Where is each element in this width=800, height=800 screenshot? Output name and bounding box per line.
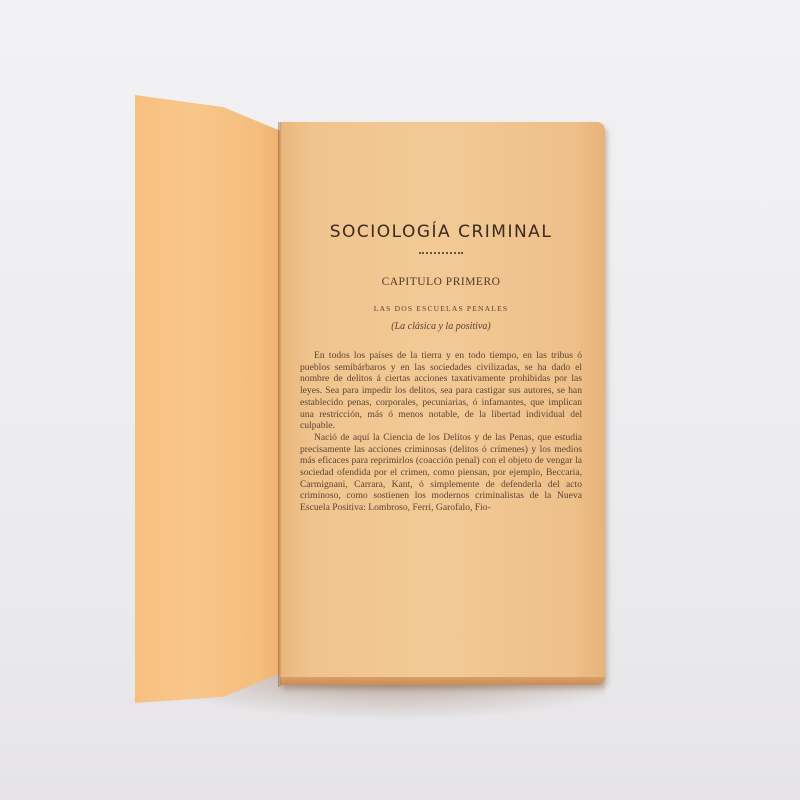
chapter-heading: CAPITULO PRIMERO <box>300 276 582 288</box>
section-heading: LAS DOS ESCUELAS PENALES <box>300 304 582 313</box>
paragraph-1: En todos los países de la tierra y en to… <box>300 350 582 432</box>
page-text: SOCIOLOGÍA CRIMINAL CAPITULO PRIMERO LAS… <box>300 222 582 514</box>
book-gutter <box>278 122 282 687</box>
section-note: (La clásica y la positiva) <box>300 321 582 332</box>
book-title: SOCIOLOGÍA CRIMINAL <box>300 222 582 242</box>
body-text: En todos los países de la tierra y en to… <box>300 350 582 514</box>
title-ornament <box>419 252 463 254</box>
paragraph-2: Nació de aquí la Ciencia de los Delitos … <box>300 432 582 514</box>
left-page-blank <box>135 95 282 703</box>
